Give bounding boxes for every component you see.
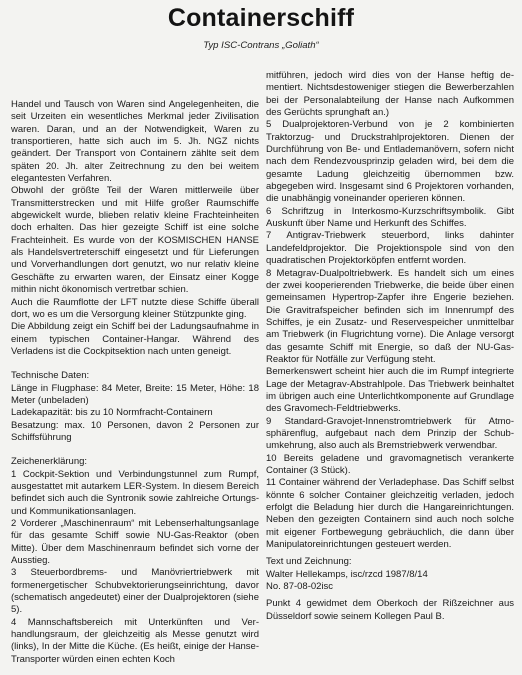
tech-data-heading: Technische Daten: bbox=[11, 370, 259, 382]
intro-paragraph: Die Abbildung zeigt ein Schiff bei der L… bbox=[11, 321, 259, 358]
intro-paragraph: Handel und Tausch von Waren sind Angeleg… bbox=[11, 99, 259, 185]
legend-item: 4 Mannschaftsbereich mit Unterkünften un… bbox=[11, 617, 259, 666]
legend-item: 11 Container während der Verladephase. D… bbox=[266, 477, 514, 551]
spacer bbox=[11, 444, 259, 456]
credits-author: Walter Hellekamps, isc/rzcd 1987/8/14 bbox=[266, 569, 514, 581]
page-title: Containerschiff bbox=[0, 4, 522, 33]
intro-paragraph: Auch die Raumflotte der LFT nutzte diese… bbox=[11, 297, 259, 322]
tech-data-line: Länge in Flugphase: 84 Meter, Breite: 15… bbox=[11, 383, 259, 408]
tech-data-line: Ladekapazität: bis zu 10 Normfracht-Cont… bbox=[11, 407, 259, 419]
legend-item: mitführen, jedoch wird dies von der Hans… bbox=[266, 70, 514, 119]
legend-item: Bemerkenswert scheint hier auch die im R… bbox=[266, 366, 514, 415]
left-column: Handel und Tausch von Waren sind Angeleg… bbox=[11, 99, 259, 666]
legend-item: 10 Bereits geladene und gravomagnetisch … bbox=[266, 453, 514, 478]
legend-item: 3 Steuerbordbrems- und Manövriertriebwer… bbox=[11, 567, 259, 616]
legend-item: 6 Schriftzug in Interkosmo-Kurzschriftsy… bbox=[266, 206, 514, 231]
right-column: mitführen, jedoch wird dies von der Hans… bbox=[266, 70, 514, 623]
legend-item: 7 Antigrav-Triebwerk steuerbord, links d… bbox=[266, 230, 514, 267]
legend-item: 2 Vorderer „Maschinenraum“ mit Lebenserh… bbox=[11, 518, 259, 567]
legend-item: 8 Metagrav-Dualpoltriebwerk. Es handelt … bbox=[266, 268, 514, 367]
legend-heading: Zeichenerklärung: bbox=[11, 456, 259, 468]
spacer bbox=[11, 358, 259, 370]
intro-paragraph: Obwohl der größte Teil der Waren mittler… bbox=[11, 185, 259, 296]
credits-number: No. 87-08-02isc bbox=[266, 581, 514, 593]
tech-data-line: Besatzung: max. 10 Personen, davon 2 Per… bbox=[11, 420, 259, 445]
legend-item: 5 Dualprojektoren-Verbund von je 2 kombi… bbox=[266, 119, 514, 205]
legend-item: 9 Standard-Gravojet-Innenstromtriebwerk … bbox=[266, 416, 514, 453]
credits-heading: Text und Zeichnung: bbox=[266, 556, 514, 568]
page-subtitle: Typ ISC-Contrans „Goliath“ bbox=[0, 40, 522, 51]
dedication: Punkt 4 gewidmet dem Oberkoch der Rißzei… bbox=[266, 598, 514, 623]
legend-item: 1 Cockpit-Sektion und Verbindungstunnel … bbox=[11, 469, 259, 518]
